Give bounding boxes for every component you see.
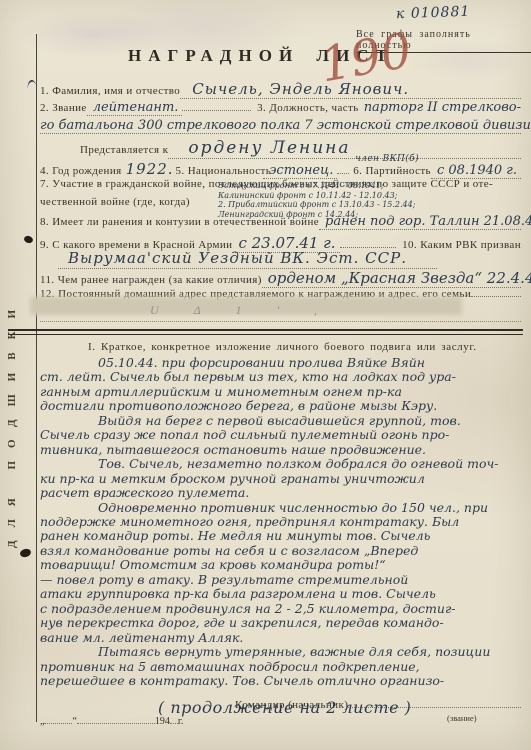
citation-line: атаки группировка пр-ка была разгромлена… — [40, 587, 526, 601]
citation-line: ст. лейт. Сычель был первым из тех, кто … — [40, 370, 526, 384]
citation-body: 05.10.44. при форсировании пролива Вяйке… — [40, 356, 526, 688]
field-rank-label: 2. Звание — [40, 102, 87, 114]
date-row: „ “ 194 г. — [40, 716, 200, 727]
section-divider-rule2 — [8, 334, 523, 335]
citation-line: перешедшее в контратаку. Тов. Сычель отл… — [40, 674, 526, 688]
field-birthyear-value: 1922. — [122, 160, 176, 178]
citation-line: Выйдя на берег с первой высадившейся гру… — [40, 414, 526, 428]
continuation-note: ( продолжение на 2 листе ) — [158, 698, 411, 717]
citation-line: ганным артиллерийским и минометным огнем… — [40, 385, 526, 399]
field-name-label: 1. Фамилия, имя и отчество — [40, 85, 180, 97]
award-sheet-page: ДЛЯ ПОДШИВКИ к 010881 Все графы заполнят… — [0, 0, 531, 750]
front-entry: Калининский фронт с 10.11.42 - 12.10.43; — [218, 191, 415, 201]
nominated-label: Представляется к — [40, 144, 168, 156]
citation-line: товарищи! Отомстим за кровь командира ро… — [40, 558, 526, 572]
dotted-leader — [337, 173, 349, 174]
field-rank-position-row: 2. Звание лейтенант. 3. Должность, часть… — [40, 100, 521, 116]
field-prior-awards-row: 11. Чем ранее награжден (за какие отличи… — [40, 269, 521, 288]
field-rvk-value: Вырумаа'ский Уездный ВК. Эст. ССР. — [58, 249, 437, 269]
citation-line: Пытаясь вернуть утерянные, важные для се… — [40, 645, 526, 659]
dotted-leader — [182, 110, 251, 111]
citation-line: 05.10.44. при форсировании пролива Вяйке… — [40, 356, 526, 370]
year-suffix: г. — [178, 716, 183, 727]
month-blank — [77, 723, 155, 724]
field-birthyear-label: 4. Год рождения — [40, 165, 122, 177]
citation-line: взял командование роты на себя и с возгл… — [40, 544, 526, 558]
field-birth-nation-party-row: 4. Год рождения 1922. 5. Национальность … — [40, 160, 521, 179]
field-nationality-label: 5. Национальность — [176, 165, 272, 177]
citation-line: расчет вражеского пулемета. — [40, 486, 526, 500]
citation-line: тивника, пытавшегося остановить наше про… — [40, 443, 526, 457]
nominated-row: Представляется к ордену Ленина — [40, 138, 521, 159]
archive-number-handwritten: к 010881 — [396, 4, 471, 23]
citation-line: нув перекрестка дорог, где и закрепился,… — [40, 616, 526, 630]
binding-margin-rule — [36, 34, 37, 722]
section-divider-rule — [8, 329, 523, 331]
bleed-through-marks: U Δ 1 ' , — [150, 303, 333, 318]
nominated-value: ордену Ленина — [168, 138, 521, 159]
quote-close: “ — [72, 716, 76, 727]
ink-blot — [19, 548, 32, 559]
citation-line: ранен командир роты. Не медля ни минуты … — [40, 529, 526, 543]
field-party-value-above: член ВКП(б) — [355, 154, 419, 164]
citation-line: Тов. Сычель, незаметно ползком добрался … — [40, 457, 526, 471]
field-party-label: 6. Партийность член ВКП(б) — [349, 165, 431, 177]
citation-line: ки пр-ка и метким броском ручной гранаты… — [40, 472, 526, 486]
dotted-rule — [40, 321, 521, 322]
front-entry: Эстонский фронт с 07.1941 - 08.1941; — [218, 181, 415, 191]
field-name-value: Сычель, Эндель Янович. — [180, 80, 521, 99]
field-prior-awards-value: орденом „Красная Звезда“ 22.4.44. — [262, 269, 521, 288]
field-wounds-row: 8. Имеет ли ранения и контузии в отечест… — [40, 214, 521, 230]
section1-heading: I. Краткое, конкретное изложение личного… — [88, 341, 477, 353]
field-rank-value: лейтенант. — [87, 100, 183, 116]
quote-open: „ — [40, 716, 44, 727]
ink-blot — [23, 235, 34, 245]
field-prior-awards-label: 11. Чем ранее награжден (за какие отличи… — [40, 274, 262, 286]
field-wounds-value: ранен под гор. Таллин 21.08.41 — [319, 214, 521, 230]
front-entry: 2. Прибалтийский фронт с 13.10.43 - 15.2… — [218, 200, 415, 210]
field-party-value: с 08.1940 г. — [431, 163, 521, 179]
citation-line: достигли противоположного берега, в райо… — [40, 399, 526, 413]
citation-line: — повел роту в атаку. В результате стрем… — [40, 573, 526, 587]
field-nationality-value: эстонец. — [263, 163, 337, 179]
dotted-leader — [471, 296, 521, 297]
year-blank — [170, 723, 178, 724]
citation-line: с подразделением продвинулся на 2 - 2,5 … — [40, 602, 526, 616]
day-blank — [44, 723, 72, 724]
citation-line: Одновременно противник численностью до 1… — [40, 501, 526, 515]
binding-margin-label: ДЛЯ ПОДШИВКИ — [6, 158, 18, 548]
field-wounds-label: 8. Имеет ли ранения и контузии в отечест… — [40, 216, 319, 228]
field-position-value-line1: парторг II стрелково- — [359, 100, 521, 115]
field-position-row2: го батальона 300 стрелкового полка 7 эст… — [40, 118, 521, 134]
citation-line: поддержке минометного огня, предпринял к… — [40, 515, 526, 529]
field-position-value-line2: го батальона 300 стрелкового полка 7 эст… — [40, 118, 521, 134]
rank-caption: (звание) — [447, 713, 477, 723]
field-position-label: 3. Должность, часть — [251, 102, 359, 114]
citation-line: Сычель сразу же попал под сильный пулеме… — [40, 428, 526, 442]
field-name-row: 1. Фамилия, имя и отчество Сычель, Эндел… — [40, 80, 521, 99]
dotted-leader — [340, 247, 397, 248]
field-war-participation-label2: чественной войне (где, когда) — [40, 196, 190, 208]
citation-line: противник на 5 автомашинах подбросил под… — [40, 660, 526, 674]
citation-line: вание мл. лейтенанту Алляк. — [40, 631, 526, 645]
year-prefix: 194 — [155, 716, 170, 727]
